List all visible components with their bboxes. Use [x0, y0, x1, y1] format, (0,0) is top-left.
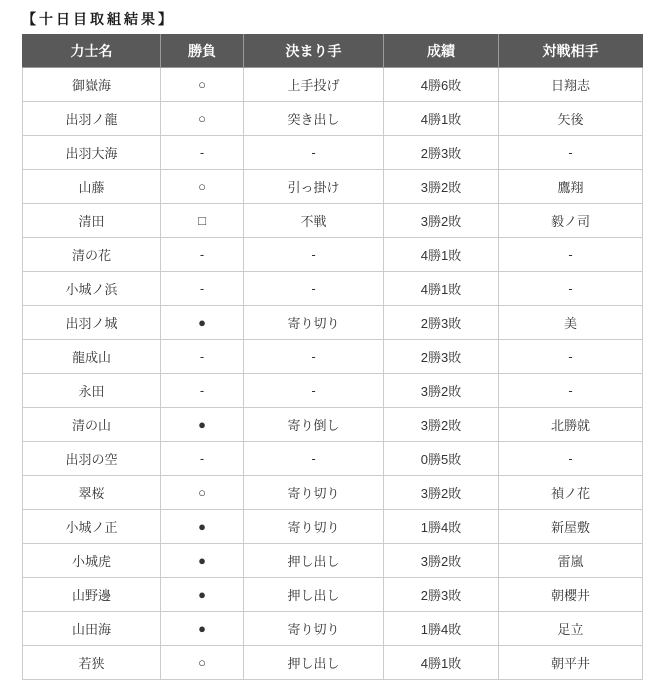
result-symbol-cell: ● — [161, 306, 244, 340]
technique-cell: - — [244, 442, 384, 476]
opponent-cell: 新屋敷 — [499, 510, 643, 544]
record-cell: 3勝2敗 — [384, 170, 499, 204]
column-header-technique: 決まり手 — [244, 35, 384, 68]
technique-cell: - — [244, 238, 384, 272]
technique-cell: 押し出し — [244, 544, 384, 578]
table-row: 御嶽海 ○ 上手投げ 4勝6敗 日翔志 — [23, 68, 643, 102]
wrestler-name-cell: 清の山 — [23, 408, 161, 442]
technique-cell: 寄り切り — [244, 612, 384, 646]
record-cell: 1勝4敗 — [384, 612, 499, 646]
wrestler-name-cell: 清田 — [23, 204, 161, 238]
opponent-cell: 日翔志 — [499, 68, 643, 102]
record-cell: 4勝1敗 — [384, 238, 499, 272]
technique-cell: 上手投げ — [244, 68, 384, 102]
opponent-cell: 北勝就 — [499, 408, 643, 442]
wrestler-name-cell: 清の花 — [23, 238, 161, 272]
opponent-cell: 毅ノ司 — [499, 204, 643, 238]
table-row: 小城ノ浜 - - 4勝1敗 - — [23, 272, 643, 306]
result-symbol-cell: ○ — [161, 170, 244, 204]
record-cell: 3勝2敗 — [384, 204, 499, 238]
technique-cell: - — [244, 136, 384, 170]
opponent-cell: 禎ノ花 — [499, 476, 643, 510]
technique-cell: 寄り切り — [244, 510, 384, 544]
technique-cell: - — [244, 374, 384, 408]
record-cell: 0勝5敗 — [384, 442, 499, 476]
table-row: 出羽ノ龍 ○ 突き出し 4勝1敗 矢後 — [23, 102, 643, 136]
wrestler-name-cell: 山田海 — [23, 612, 161, 646]
opponent-cell: 朝櫻井 — [499, 578, 643, 612]
result-symbol-cell: ● — [161, 544, 244, 578]
table-row: 出羽の空 - - 0勝5敗 - — [23, 442, 643, 476]
technique-cell: 寄り切り — [244, 476, 384, 510]
table-body: 御嶽海 ○ 上手投げ 4勝6敗 日翔志 出羽ノ龍 ○ 突き出し 4勝1敗 矢後 … — [23, 68, 643, 680]
wrestler-name-cell: 小城虎 — [23, 544, 161, 578]
table-row: 清田 □ 不戦 3勝2敗 毅ノ司 — [23, 204, 643, 238]
record-cell: 3勝2敗 — [384, 544, 499, 578]
record-cell: 3勝2敗 — [384, 408, 499, 442]
wrestler-name-cell: 出羽の空 — [23, 442, 161, 476]
opponent-cell: - — [499, 136, 643, 170]
table-row: 山藤 ○ 引っ掛け 3勝2敗 鷹翔 — [23, 170, 643, 204]
technique-cell: 押し出し — [244, 646, 384, 680]
record-cell: 2勝3敗 — [384, 306, 499, 340]
opponent-cell: - — [499, 374, 643, 408]
record-cell: 3勝2敗 — [384, 476, 499, 510]
record-cell: 2勝3敗 — [384, 578, 499, 612]
result-symbol-cell: ○ — [161, 646, 244, 680]
opponent-cell: - — [499, 238, 643, 272]
result-symbol-cell: - — [161, 340, 244, 374]
result-symbol-cell: - — [161, 374, 244, 408]
wrestler-name-cell: 出羽ノ城 — [23, 306, 161, 340]
table-row: 永田 - - 3勝2敗 - — [23, 374, 643, 408]
record-cell: 1勝4敗 — [384, 510, 499, 544]
record-cell: 4勝6敗 — [384, 68, 499, 102]
opponent-cell: - — [499, 340, 643, 374]
technique-cell: 寄り切り — [244, 306, 384, 340]
record-cell: 4勝1敗 — [384, 272, 499, 306]
column-header-record: 成績 — [384, 35, 499, 68]
page: 【十日目取組結果】 力士名 勝負 決まり手 成績 対戦相手 御嶽海 ○ 上手投げ… — [0, 0, 663, 698]
opponent-cell: 雷嵐 — [499, 544, 643, 578]
table-row: 清の花 - - 4勝1敗 - — [23, 238, 643, 272]
wrestler-name-cell: 小城ノ正 — [23, 510, 161, 544]
result-symbol-cell: ● — [161, 578, 244, 612]
result-symbol-cell: - — [161, 238, 244, 272]
opponent-cell: 矢後 — [499, 102, 643, 136]
result-symbol-cell: ● — [161, 510, 244, 544]
opponent-cell: 鷹翔 — [499, 170, 643, 204]
record-cell: 4勝1敗 — [384, 646, 499, 680]
wrestler-name-cell: 小城ノ浜 — [23, 272, 161, 306]
result-symbol-cell: ● — [161, 408, 244, 442]
result-symbol-cell: ○ — [161, 68, 244, 102]
result-symbol-cell: - — [161, 272, 244, 306]
technique-cell: 押し出し — [244, 578, 384, 612]
technique-cell: - — [244, 340, 384, 374]
wrestler-name-cell: 永田 — [23, 374, 161, 408]
opponent-cell: - — [499, 442, 643, 476]
opponent-cell: 足立 — [499, 612, 643, 646]
wrestler-name-cell: 山藤 — [23, 170, 161, 204]
table-row: 出羽ノ城 ● 寄り切り 2勝3敗 美 — [23, 306, 643, 340]
wrestler-name-cell: 翠桜 — [23, 476, 161, 510]
technique-cell: - — [244, 272, 384, 306]
page-title: 【十日目取組結果】 — [22, 10, 642, 28]
wrestler-name-cell: 出羽ノ龍 — [23, 102, 161, 136]
table-header: 力士名 勝負 決まり手 成績 対戦相手 — [23, 35, 643, 68]
table-row: 小城虎 ● 押し出し 3勝2敗 雷嵐 — [23, 544, 643, 578]
record-cell: 2勝3敗 — [384, 340, 499, 374]
column-header-wrestler-name: 力士名 — [23, 35, 161, 68]
results-table: 力士名 勝負 決まり手 成績 対戦相手 御嶽海 ○ 上手投げ 4勝6敗 日翔志 … — [22, 34, 643, 680]
table-row: 出羽大海 - - 2勝3敗 - — [23, 136, 643, 170]
result-symbol-cell: ○ — [161, 476, 244, 510]
opponent-cell: - — [499, 272, 643, 306]
record-cell: 3勝2敗 — [384, 374, 499, 408]
wrestler-name-cell: 出羽大海 — [23, 136, 161, 170]
table-row: 龍成山 - - 2勝3敗 - — [23, 340, 643, 374]
table-row: 山野邊 ● 押し出し 2勝3敗 朝櫻井 — [23, 578, 643, 612]
technique-cell: 引っ掛け — [244, 170, 384, 204]
table-row: 翠桜 ○ 寄り切り 3勝2敗 禎ノ花 — [23, 476, 643, 510]
technique-cell: 突き出し — [244, 102, 384, 136]
table-row: 山田海 ● 寄り切り 1勝4敗 足立 — [23, 612, 643, 646]
wrestler-name-cell: 龍成山 — [23, 340, 161, 374]
opponent-cell: 美 — [499, 306, 643, 340]
opponent-cell: 朝平井 — [499, 646, 643, 680]
result-symbol-cell: - — [161, 136, 244, 170]
table-row: 清の山 ● 寄り倒し 3勝2敗 北勝就 — [23, 408, 643, 442]
wrestler-name-cell: 御嶽海 — [23, 68, 161, 102]
column-header-result: 勝負 — [161, 35, 244, 68]
result-symbol-cell: ● — [161, 612, 244, 646]
result-symbol-cell: ○ — [161, 102, 244, 136]
header-row: 力士名 勝負 決まり手 成績 対戦相手 — [23, 35, 643, 68]
record-cell: 4勝1敗 — [384, 102, 499, 136]
technique-cell: 不戦 — [244, 204, 384, 238]
record-cell: 2勝3敗 — [384, 136, 499, 170]
column-header-opponent: 対戦相手 — [499, 35, 643, 68]
wrestler-name-cell: 山野邊 — [23, 578, 161, 612]
table-row: 若狭 ○ 押し出し 4勝1敗 朝平井 — [23, 646, 643, 680]
wrestler-name-cell: 若狭 — [23, 646, 161, 680]
result-symbol-cell: □ — [161, 204, 244, 238]
result-symbol-cell: - — [161, 442, 244, 476]
table-row: 小城ノ正 ● 寄り切り 1勝4敗 新屋敷 — [23, 510, 643, 544]
technique-cell: 寄り倒し — [244, 408, 384, 442]
